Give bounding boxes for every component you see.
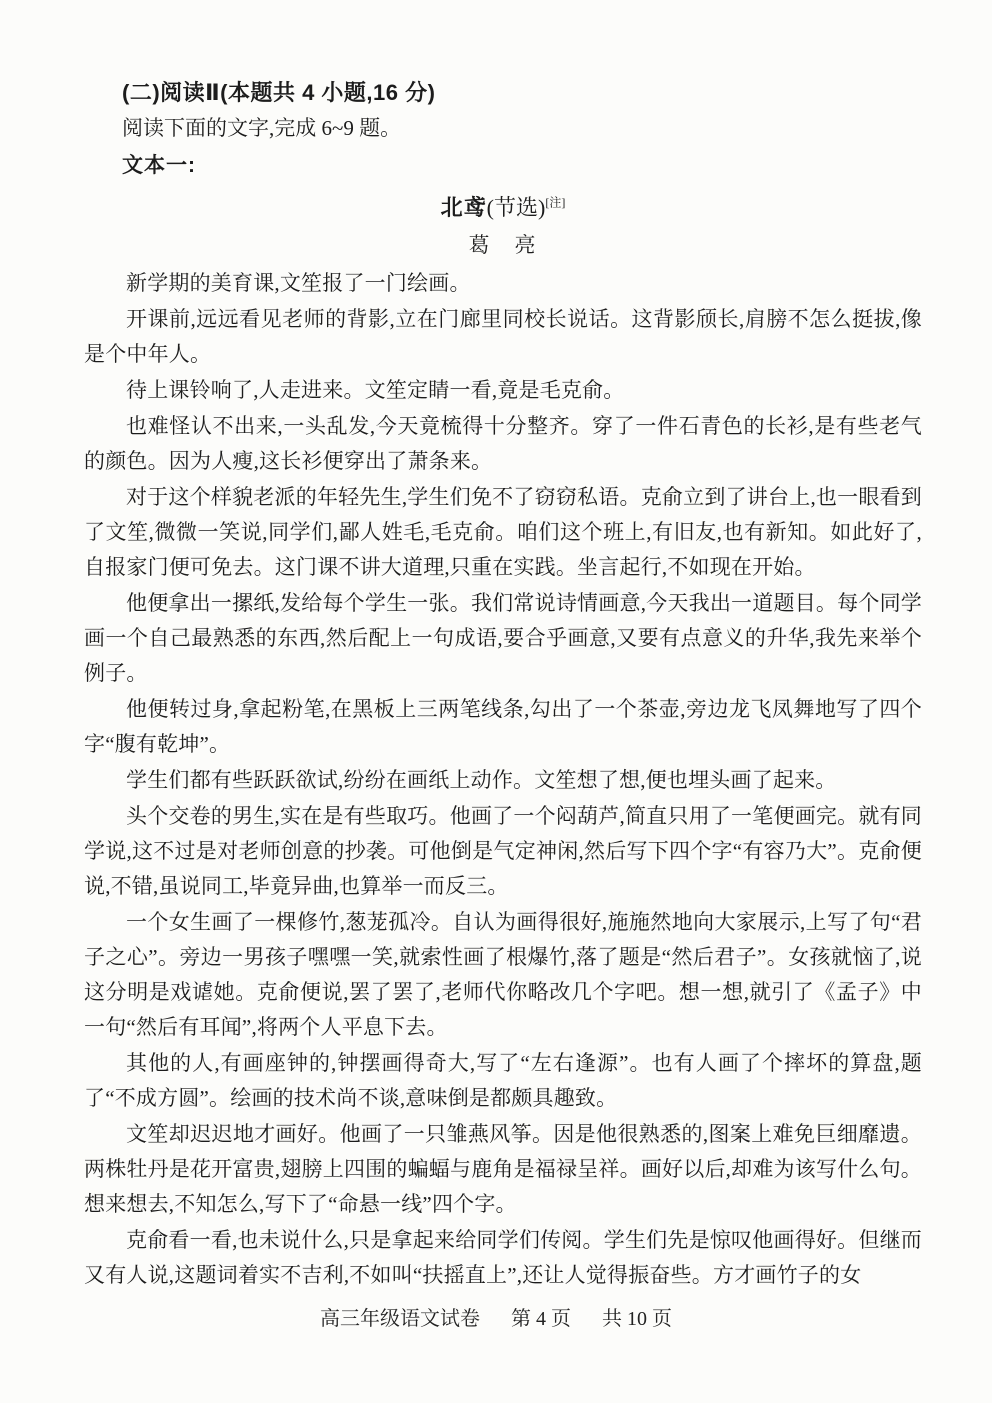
- article-title-note-marker: [注]: [545, 196, 565, 210]
- footer-total-pages: 共 10 页: [602, 1302, 672, 1331]
- article-paragraph: 学生们都有些跃跃欲试,纷纷在画纸上动作。文笙想了想,便也埋头画了起来。: [84, 763, 922, 798]
- footer-exam-name: 高三年级语文试卷: [320, 1302, 480, 1331]
- article-paragraph: 待上课铃响了,人走进来。文笙定睛一看,竟是毛克俞。: [84, 373, 922, 408]
- section-heading: (二)阅读Ⅱ(本题共 4 小题,16 分): [122, 76, 922, 110]
- article-body: 新学期的美育课,文笙报了一门绘画。开课前,远远看见老师的背影,立在门廊里同校长说…: [84, 266, 922, 1293]
- exam-page: (二)阅读Ⅱ(本题共 4 小题,16 分) 阅读下面的文字,完成 6~9 题。 …: [0, 0, 992, 1403]
- article-paragraph: 新学期的美育课,文笙报了一门绘画。: [84, 266, 922, 301]
- article-paragraph: 文笙却迟迟地才画好。他画了一只雏燕风筝。因是他很熟悉的,图案上难免巨细靡遗。两株…: [84, 1117, 922, 1222]
- page-footer: 高三年级语文试卷 第 4 页 共 10 页: [0, 1302, 992, 1331]
- article-paragraph: 克俞看一看,也未说什么,只是拿起来给同学们传阅。学生们先是惊叹他画得好。但继而又…: [84, 1223, 922, 1293]
- article-title-suffix: (节选): [487, 195, 546, 220]
- article-paragraph: 其他的人,有画座钟的,钟摆画得奇大,写了“左右逢源”。也有人画了个摔坏的算盘,题…: [84, 1046, 922, 1116]
- article-paragraph: 也难怪认不出来,一头乱发,今天竟梳得十分整齐。穿了一件石青色的长衫,是有些老气的…: [84, 409, 922, 479]
- article-paragraph: 对于这个样貌老派的年轻先生,学生们免不了窃窃私语。克俞立到了讲台上,也一眼看到了…: [84, 480, 922, 585]
- article-paragraph: 一个女生画了一棵修竹,葱茏孤冷。自认为画得很好,施施然地向大家展示,上写了句“君…: [84, 905, 922, 1045]
- footer-page-number: 第 4 页: [511, 1302, 571, 1331]
- text-one-label: 文本一:: [122, 147, 922, 184]
- article-title: 北鸢(节选)[注]: [84, 191, 922, 225]
- article-paragraph: 头个交卷的男生,实在是有些取巧。他画了一个闷葫芦,简直只用了一笔便画完。就有同学…: [84, 799, 922, 904]
- article-paragraph: 开课前,远远看见老师的背影,立在门廊里同校长说话。这背影颀长,肩膀不怎么挺拔,像…: [84, 302, 922, 372]
- article-author: 葛 亮: [84, 228, 922, 262]
- reading-instruction: 阅读下面的文字,完成 6~9 题。: [122, 110, 922, 147]
- article-paragraph: 他便拿出一摞纸,发给每个学生一张。我们常说诗情画意,今天我出一道题目。每个同学画…: [84, 586, 922, 691]
- article-title-main: 北鸢: [441, 195, 487, 220]
- article-paragraph: 他便转过身,拿起粉笔,在黑板上三两笔线条,勾出了一个茶壶,旁边龙飞凤舞地写了四个…: [84, 692, 922, 762]
